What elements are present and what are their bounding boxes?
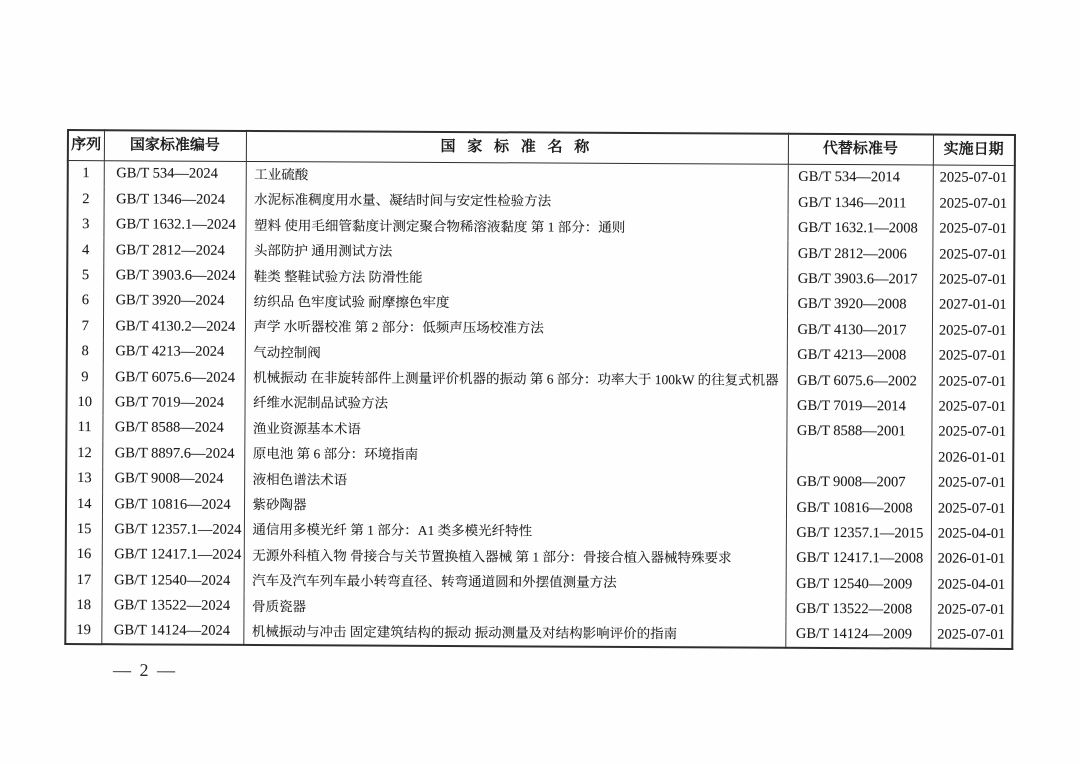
standard-name-cell: 原电池 第 6 部分：环境指南	[244, 441, 786, 469]
seq-cell: 15	[66, 516, 102, 542]
standards-table: 序列 国家标准编号 国 家 标 准 名 称 代替标准号 实施日期 1 GB/T …	[64, 129, 1016, 650]
standard-name-cell: 水泥标准稠度用水量、凝结时间与安定性检验方法	[246, 187, 788, 215]
implementation-date-cell: 2025-07-01	[932, 242, 1014, 268]
standard-name-cell: 机械振动 在非旋转部件上测量评价机器的振动 第 6 部分：功率大于 100kW …	[245, 365, 787, 393]
standard-name-cell: 汽车及汽车列车最小转弯直径、转弯通道圆和外摆值测量方法	[244, 568, 786, 596]
seq-cell: 5	[67, 263, 103, 289]
replaced-code-cell: GB/T 14124—2009	[785, 622, 930, 649]
seq-cell: 11	[66, 415, 102, 441]
implementation-date-cell: 2025-07-01	[933, 191, 1015, 217]
replaced-code-cell: GB/T 4130—2017	[787, 317, 932, 343]
seq-cell: 12	[66, 440, 102, 466]
seq-cell: 14	[66, 491, 102, 517]
replaced-code-cell: GB/T 12417.1—2008	[786, 546, 931, 572]
standard-name-cell: 声学 水听器校准 第 2 部分：低频声压场校准方法	[245, 314, 787, 342]
seq-cell: 17	[66, 567, 102, 593]
standard-name-cell: 渔业资源基本术语	[244, 416, 786, 444]
implementation-date-cell: 2025-07-01	[931, 394, 1013, 420]
replaced-code-cell: GB/T 3903.6—2017	[787, 266, 932, 292]
page-number: — 2 —	[113, 660, 177, 681]
standard-name-cell: 纤维水泥制品试验方法	[245, 390, 787, 418]
standard-code-cell: GB/T 534—2024	[104, 161, 246, 188]
implementation-date-cell: 2027-01-01	[932, 292, 1014, 318]
implementation-date-cell: 2025-04-01	[931, 521, 1013, 547]
replaced-code-cell: GB/T 1346—2011	[788, 190, 933, 216]
standards-table-header: 序列 国家标准编号 国 家 标 准 名 称 代替标准号 实施日期	[68, 130, 1015, 165]
header-row: 序列 国家标准编号 国 家 标 准 名 称 代替标准号 实施日期	[68, 130, 1015, 165]
replaced-code-cell: GB/T 13522—2008	[785, 596, 930, 622]
standard-code-cell: GB/T 12357.1—2024	[102, 517, 244, 543]
seq-cell: 8	[67, 339, 103, 365]
standard-name-cell: 纺织品 色牢度试验 耐摩擦色牢度	[245, 289, 787, 317]
replaced-code-cell: GB/T 7019—2014	[786, 393, 931, 419]
seq-cell: 3	[67, 212, 103, 238]
standard-name-cell: 机械振动与冲击 固定建筑结构的振动 振动测量及对结构影响评价的指南	[243, 619, 785, 648]
implementation-date-cell: 2025-07-01	[931, 419, 1013, 445]
replaced-code-cell: GB/T 4213—2008	[787, 343, 932, 369]
replaced-code-cell: GB/T 12540—2009	[786, 571, 931, 597]
standard-code-cell: GB/T 8588—2024	[102, 415, 244, 441]
standard-name-cell: 紫砂陶器	[244, 492, 786, 520]
standard-code-cell: GB/T 13522—2024	[101, 593, 243, 619]
seq-cell: 2	[68, 186, 104, 212]
replaced-code-cell: GB/T 3920—2008	[787, 292, 932, 318]
replaced-code-cell: GB/T 6075.6—2002	[787, 368, 932, 394]
replaced-code-cell: GB/T 12357.1—2015	[786, 520, 931, 546]
standard-code-cell: GB/T 12540—2024	[102, 567, 244, 593]
replaced-code-cell: GB/T 9008—2007	[786, 469, 931, 495]
implementation-date-cell: 2026-01-01	[931, 445, 1013, 471]
implementation-date-cell: 2025-04-01	[931, 572, 1013, 598]
implementation-date-cell: 2025-07-01	[931, 470, 1013, 496]
standard-code-cell: GB/T 1632.1—2024	[103, 212, 245, 238]
implementation-date-cell: 2025-07-01	[932, 216, 1014, 242]
standard-code-cell: GB/T 1346—2024	[104, 187, 246, 213]
standard-name-cell: 通信用多模光纤 第 1 部分：A1 类多模光纤特性	[244, 517, 786, 545]
implementation-date-cell: 2025-07-01	[931, 496, 1013, 522]
implementation-date-cell: 2026-01-01	[931, 546, 1013, 572]
standard-code-cell: GB/T 3903.6—2024	[103, 263, 245, 289]
standard-code-cell: GB/T 6075.6—2024	[103, 364, 245, 390]
standard-name-cell: 无源外科植入物 骨接合与关节置换植入器械 第 1 部分：骨接合植入器械特殊要求	[244, 543, 786, 571]
standard-code-cell: GB/T 7019—2024	[103, 390, 245, 416]
replaced-code-cell: GB/T 8588—2001	[786, 419, 931, 445]
standard-name-cell: 头部防护 通用测试方法	[245, 238, 787, 266]
seq-cell: 13	[66, 466, 102, 492]
implementation-date-cell: 2025-07-01	[932, 343, 1014, 369]
column-header-seq: 序列	[68, 130, 104, 161]
replaced-code-cell	[786, 444, 931, 470]
implementation-date-cell: 2025-07-01	[932, 369, 1014, 395]
standard-code-cell: GB/T 10816—2024	[102, 491, 244, 517]
implementation-date-cell: 2025-07-01	[930, 597, 1012, 623]
standard-code-cell: GB/T 12417.1—2024	[102, 542, 244, 568]
replaced-code-cell: GB/T 1632.1—2008	[787, 216, 932, 242]
standard-code-cell: GB/T 9008—2024	[102, 466, 244, 492]
column-header-standard-code: 国家标准编号	[104, 130, 246, 161]
implementation-date-cell: 2025-07-01	[932, 267, 1014, 293]
table-region: 序列 国家标准编号 国 家 标 准 名 称 代替标准号 实施日期 1 GB/T …	[64, 129, 1016, 650]
standard-name-cell: 鞋类 整鞋试验方法 防滑性能	[245, 263, 787, 291]
standard-code-cell: GB/T 4130.2—2024	[103, 314, 245, 340]
standard-name-cell: 骨质瓷器	[243, 594, 785, 622]
column-header-implementation-date: 实施日期	[933, 135, 1015, 166]
column-header-replaced-code: 代替标准号	[788, 134, 933, 165]
implementation-date-cell: 2025-07-01	[930, 623, 1012, 650]
standard-code-cell: GB/T 14124—2024	[101, 618, 243, 645]
seq-cell: 16	[66, 542, 102, 568]
seq-cell: 10	[67, 390, 103, 416]
standard-code-cell: GB/T 3920—2024	[103, 288, 245, 314]
seq-cell: 1	[68, 161, 104, 187]
standards-table-body: 1 GB/T 534—2024 工业硫酸 GB/T 534—2014 2025-…	[65, 161, 1015, 650]
column-header-standard-name: 国 家 标 准 名 称	[246, 131, 788, 164]
seq-cell: 4	[67, 237, 103, 263]
replaced-code-cell: GB/T 10816—2008	[786, 495, 931, 521]
table-row: 19 GB/T 14124—2024 机械振动与冲击 固定建筑结构的振动 振动测…	[65, 618, 1012, 649]
standard-code-cell: GB/T 8897.6—2024	[102, 440, 244, 466]
seq-cell: 9	[67, 364, 103, 390]
seq-cell: 18	[65, 593, 101, 619]
standard-name-cell: 气动控制阀	[245, 340, 787, 368]
replaced-code-cell: GB/T 2812—2006	[787, 241, 932, 267]
implementation-date-cell: 2025-07-01	[933, 165, 1015, 191]
standard-name-cell: 工业硫酸	[246, 161, 788, 190]
implementation-date-cell: 2025-07-01	[932, 318, 1014, 344]
standard-name-cell: 液相色谱法术语	[244, 467, 786, 495]
standard-code-cell: GB/T 2812—2024	[103, 237, 245, 263]
seq-cell: 7	[67, 313, 103, 339]
standard-code-cell: GB/T 4213—2024	[103, 339, 245, 365]
seq-cell: 6	[67, 288, 103, 314]
document-page: 序列 国家标准编号 国 家 标 准 名 称 代替标准号 实施日期 1 GB/T …	[0, 0, 1080, 764]
standard-name-cell: 塑料 使用毛细管黏度计测定聚合物稀溶液黏度 第 1 部分：通则	[245, 213, 787, 241]
seq-cell: 19	[65, 618, 101, 645]
replaced-code-cell: GB/T 534—2014	[788, 164, 933, 191]
